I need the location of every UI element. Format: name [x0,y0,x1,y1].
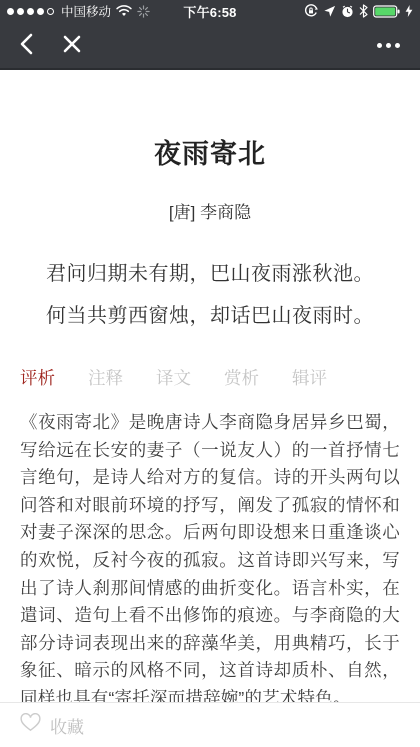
poem-line: 何当共剪西窗烛，却话巴山夜雨时。 [0,295,420,337]
tab-shangxi[interactable]: 赏析 [224,365,259,390]
poem-page: 夜雨寄北 [唐] 李商隐 君问归期未有期，巴山夜雨涨秋池。 何当共剪西窗烛，却话… [0,132,420,713]
signal-strength-dots [7,8,54,15]
charging-bolt-icon [405,5,413,17]
rotation-lock-icon [304,4,318,18]
tab-bar: 评析 注释 译文 赏析 辑评 [20,365,400,390]
battery-icon [373,5,400,18]
more-menu-button[interactable] [373,39,404,52]
poem-title: 夜雨寄北 [0,132,420,171]
nav-bar [0,22,420,70]
tab-jiping[interactable]: 辑评 [292,365,327,390]
favorite-button[interactable]: 收藏 [20,713,84,738]
clock-time: 下午6:58 [183,2,236,21]
bluetooth-icon [359,4,368,18]
close-button[interactable] [59,31,85,60]
back-button[interactable] [16,29,37,62]
ellipsis-icon [377,43,400,48]
location-icon [323,5,336,18]
tab-yiwen[interactable]: 译文 [156,365,191,390]
analysis-text: 《夜雨寄北》是晚唐诗人李商隐身居异乡巴蜀，写给远在长安的妻子（一说友人）的一首抒… [20,409,400,713]
poem-line: 君问归期未有期，巴山夜雨涨秋池。 [0,253,420,295]
bottom-bar: 收藏 [0,702,420,747]
tab-pingxi[interactable]: 评析 [20,365,55,390]
poem-body: 君问归期未有期，巴山夜雨涨秋池。 何当共剪西窗烛，却话巴山夜雨时。 [0,253,420,337]
alarm-icon [341,5,354,18]
tab-zhushi[interactable]: 注释 [88,365,123,390]
status-bar: 中国移动 下午6:58 [0,0,420,22]
network-activity-spinner-icon [137,5,150,18]
carrier-label: 中国移动 [61,2,111,20]
close-icon [63,35,81,56]
wifi-icon [116,5,132,17]
favorite-label: 收藏 [50,713,84,738]
chevron-left-icon [20,33,33,58]
heart-outline-icon [20,713,41,737]
poem-author: [唐] 李商隐 [0,198,420,223]
